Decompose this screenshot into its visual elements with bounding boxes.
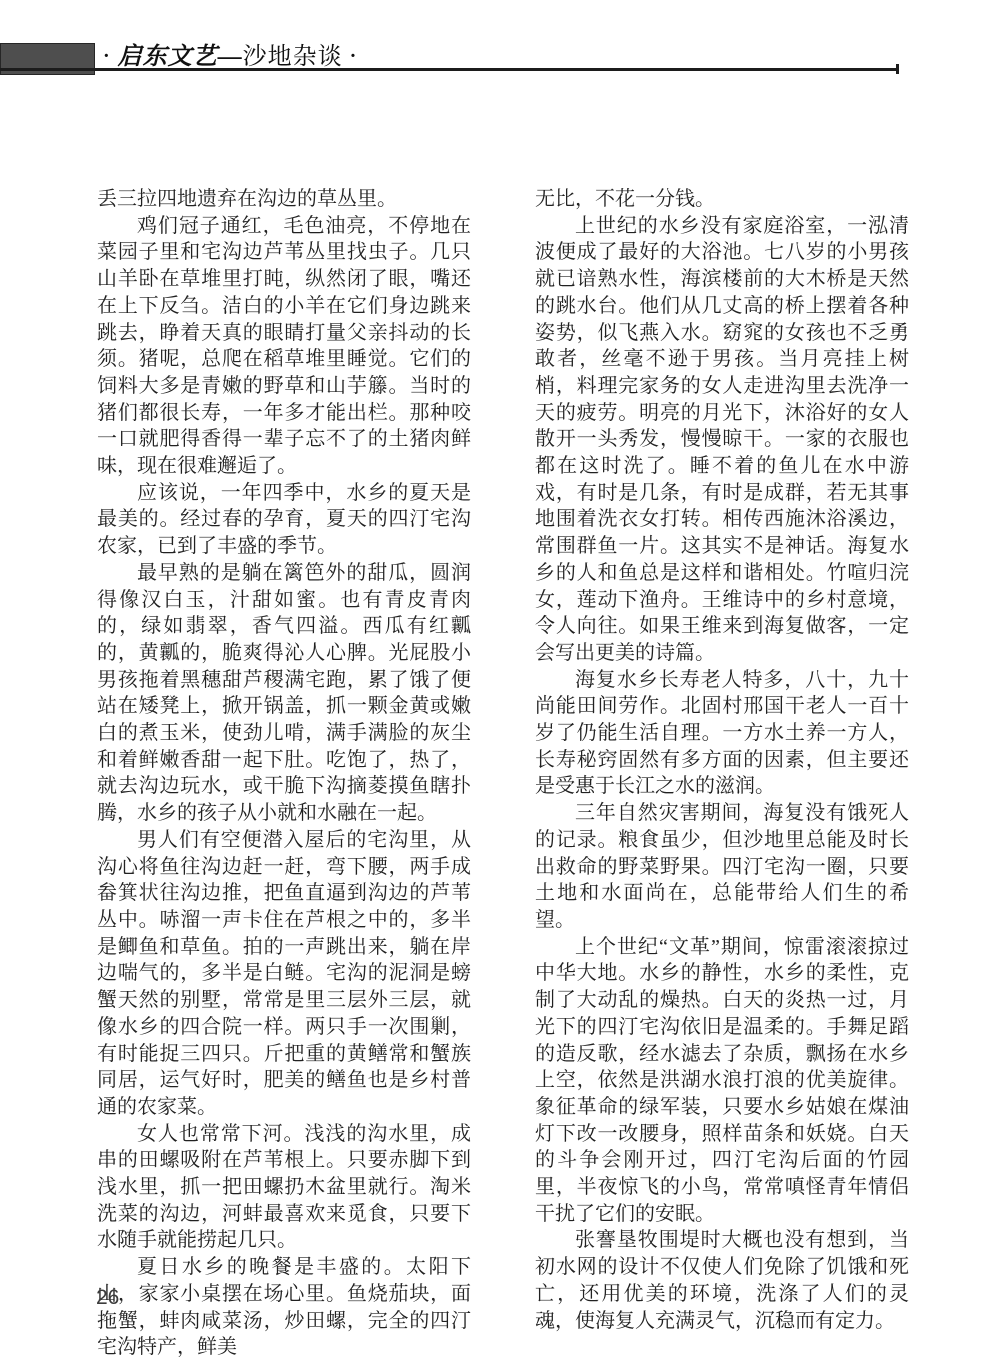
text-column-left: 丢三拉四地遗弃在沟边的草丛里。鸡们冠子通红，毛色油亮，不停地在菜园子里和宅沟边芦… xyxy=(97,186,471,1357)
header-dot-right: · xyxy=(350,45,358,67)
paragraph: 女人也常常下河。浅浅的沟水里，成串的田螺吸附在芦苇根上。只要赤脚下到浅水里，抓一… xyxy=(97,1121,471,1255)
paragraph: 三年自然灾害期间，海复没有饿死人的记录。粮食虽少，但沙地里总能及时长出救命的野菜… xyxy=(535,800,909,934)
page-number: 26 xyxy=(96,1286,119,1310)
paragraph: 丢三拉四地遗弃在沟边的草丛里。 xyxy=(97,186,471,213)
column-title: 沙地杂谈 xyxy=(243,44,343,70)
paragraph: 海复水乡长寿老人特多，八十，九十尚能田间劳作。北固村邢国干老人一百十岁了仍能生活… xyxy=(535,667,909,801)
magazine-title: 启东文艺 xyxy=(118,44,218,70)
header-rule-line xyxy=(0,68,898,71)
paragraph: 最早熟的是躺在篱笆外的甜瓜，圆润得像汉白玉，汁甜如蜜。也有青皮青肉的，绿如翡翠，… xyxy=(97,560,471,827)
text-column-right: 无比，不花一分钱。上世纪的水乡没有家庭浴室，一泓清波便成了最好的大浴池。七八岁的… xyxy=(535,186,909,1334)
page-header-title: · 启东文艺—沙地杂谈 · xyxy=(103,42,357,70)
paragraph: 夏日水乡的晚餐是丰盛的。太阳下山，家家小桌摆在场心里。鱼烧茄块，面拖蟹，蚌肉咸菜… xyxy=(97,1254,471,1357)
paragraph: 无比，不花一分钱。 xyxy=(535,186,909,213)
paragraph: 鸡们冠子通红，毛色油亮，不停地在菜园子里和宅沟边芦苇丛里找虫子。几只山羊卧在草堆… xyxy=(97,213,471,480)
paragraph: 男人们有空便潜入屋后的宅沟里，从沟心将鱼往沟边赶一赶，弯下腰，两手成畚箕状往沟边… xyxy=(97,827,471,1121)
rule-end-tick xyxy=(896,64,899,74)
paragraph: 上个世纪“文革”期间，惊雷滚滚掠过中华大地。水乡的静性，水乡的柔性，克制了大动乱… xyxy=(535,934,909,1228)
paragraph: 上世纪的水乡没有家庭浴室，一泓清波便成了最好的大浴池。七八岁的小男孩就已谙熟水性… xyxy=(535,213,909,667)
paragraph: 张謇垦牧围堤时大概也没有想到，当初水网的设计不仅使人们免除了饥饿和死亡，还用优美… xyxy=(535,1227,909,1334)
header-dash: — xyxy=(218,44,243,70)
paragraph: 应该说，一年四季中，水乡的夏天是最美的。经过春的孕育，夏天的四汀宅沟农家，已到了… xyxy=(97,480,471,560)
header-dot-left: · xyxy=(103,45,111,67)
